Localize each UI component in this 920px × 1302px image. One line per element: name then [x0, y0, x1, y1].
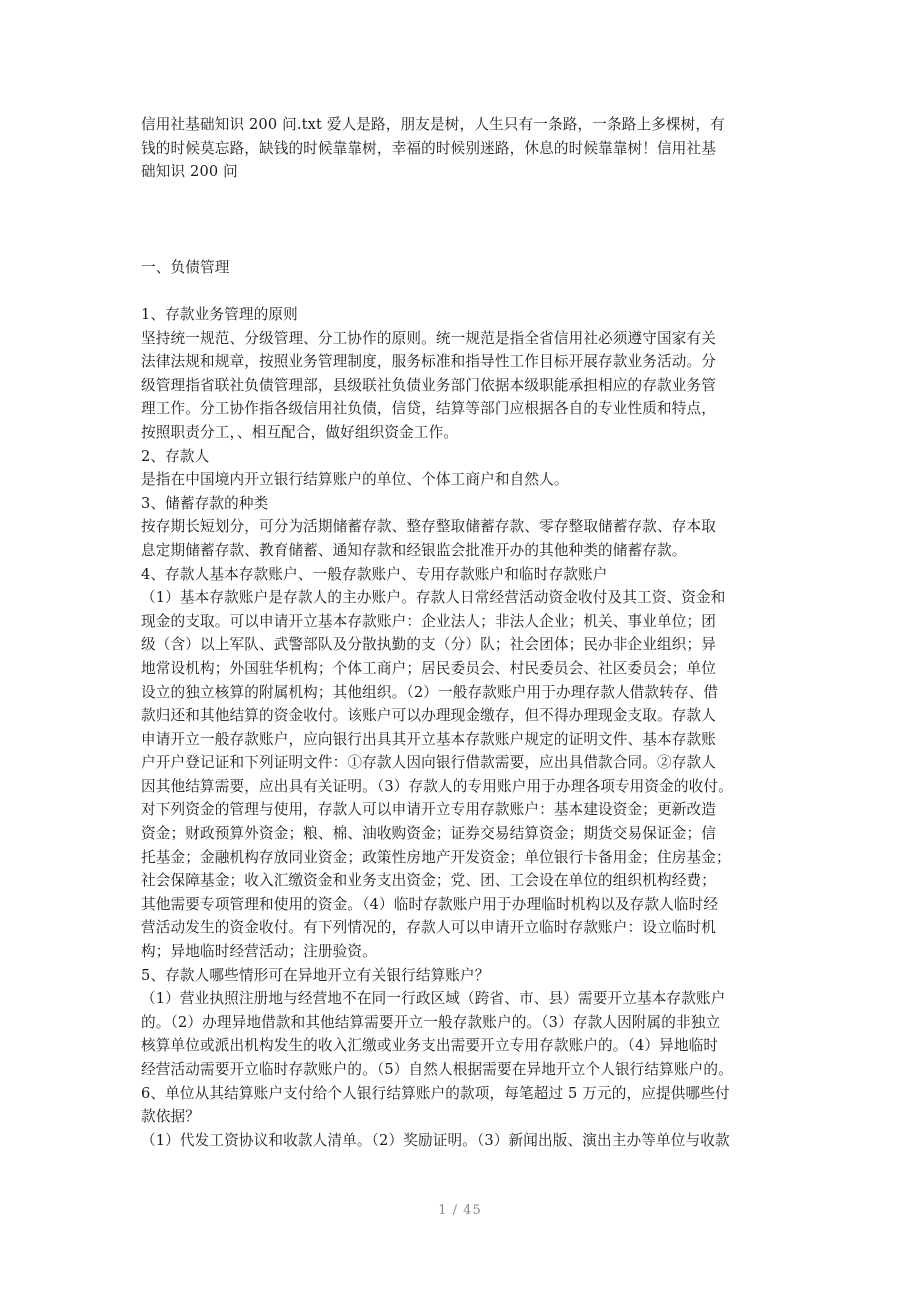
document-body: 1、存款业务管理的原则 坚持统一规范、分级管理、分工协作的原则。统一规范是指全省… [141, 303, 791, 1152]
question-heading: 3、储蓄存款的种类 [141, 492, 791, 516]
page-number: 1 / 45 [0, 1203, 920, 1218]
question-heading: 2、存款人 [141, 445, 791, 469]
question-heading: 4、存款人基本存款账户、一般存款账户、专用存款账户和临时存款账户 [141, 563, 791, 587]
body-line: 按存期长短划分，可分为活期储蓄存款、整存整取储蓄存款、零存整取储蓄存款、存本取 [141, 515, 791, 539]
question-heading: 1、存款业务管理的原则 [141, 303, 791, 327]
body-line: 资金；财政预算外资金；粮、棉、油收购资金；证券交易结算资金；期货交易保证金；信 [141, 822, 791, 846]
body-line: （1）代发工资协议和收款人清单。（2）奖励证明。（3）新闻出版、演出主办等单位与… [141, 1129, 791, 1153]
body-line: 现金的支取。可以申请开立基本存款账户：企业法人；非法人企业；机关、事业单位；团 [141, 610, 791, 634]
body-line: 息定期储蓄存款、教育储蓄、通知存款和经银监会批准开办的其他种类的储蓄存款。 [141, 539, 791, 563]
body-line: 法律法规和规章，按照业务管理制度，服务标准和指导性工作目标开展存款业务活动。分 [141, 350, 791, 374]
question-heading: 6、单位从其结算账户支付给个人银行结算账户的款项，每笔超过 5 万元的，应提供哪… [141, 1082, 791, 1106]
document-page: 信用社基础知识 200 问.txt 爱人是路，朋友是树，人生只有一条路，一条路上… [0, 0, 920, 1302]
body-line: （1）基本存款账户是存款人的主办账户。存款人日常经营活动资金收付及其工资、资金和 [141, 586, 791, 610]
body-line: 是指在中国境内开立银行结算账户的单位、个体工商户和自然人。 [141, 468, 791, 492]
body-line: 级（含）以上军队、武警部队及分散执勤的支（分）队；社会团体；民办非企业组织；异 [141, 633, 791, 657]
body-line: 理工作。分工协作指各级信用社负债，信贷，结算等部门应根据各自的专业性质和特点， [141, 397, 791, 421]
body-line: 级管理指省联社负债管理部，县级联社负债业务部门依据本级职能承担相应的存款业务管 [141, 374, 791, 398]
body-line: 营活动发生的资金收付。有下列情况的，存款人可以申请开立临时存款账户：设立临时机 [141, 916, 791, 940]
body-line: 款归还和其他结算的资金收付。该账户可以办理现金缴存，但不得办理现金支取。存款人 [141, 704, 791, 728]
section-title: 一、负债管理 [141, 256, 791, 280]
question-heading: 款依据？ [141, 1105, 791, 1129]
body-line: 按照职责分工，、相互配合，做好组织资金工作。 [141, 421, 791, 445]
intro-line: 础知识 200 问 [141, 160, 791, 184]
body-line: 地常设机构；外国驻华机构；个体工商户；居民委员会、村民委员会、社区委员会；单位 [141, 657, 791, 681]
body-line: 的。（2）办理异地借款和其他结算需要开立一般存款账户的。（3）存款人因附属的非独… [141, 1011, 791, 1035]
body-line: 对下列资金的管理与使用，存款人可以申请开立专用存款账户：基本建设资金；更新改造 [141, 798, 791, 822]
intro-line: 钱的时候莫忘路，缺钱的时候靠靠树，幸福的时候别迷路，休息的时候靠靠树！信用社基 [141, 137, 791, 161]
body-line: 坚持统一规范、分级管理、分工协作的原则。统一规范是指全省信用社必须遵守国家有关 [141, 327, 791, 351]
body-line: 托基金；金融机构存放同业资金；政策性房地产开发资金；单位银行卡备用金；住房基金； [141, 846, 791, 870]
body-line: 户开户登记证和下列证明文件：①存款人因向银行借款需要，应出具借款合同。②存款人 [141, 751, 791, 775]
intro-line: 信用社基础知识 200 问.txt 爱人是路，朋友是树，人生只有一条路，一条路上… [141, 113, 791, 137]
body-line: （1）营业执照注册地与经营地不在同一行政区域（跨省、市、县）需要开立基本存款账户 [141, 987, 791, 1011]
body-line: 因其他结算需要，应出具有关证明。（3）存款人的专用账户用于办理各项专用资金的收付… [141, 775, 791, 799]
body-line: 经营活动需要开立临时存款账户的。（5）自然人根据需要在异地开立个人银行结算账户的… [141, 1058, 791, 1082]
body-line: 构；异地临时经营活动；注册验资。 [141, 940, 791, 964]
body-line: 社会保障基金；收入汇缴资金和业务支出资金；党、团、工会设在单位的组织机构经费； [141, 869, 791, 893]
question-heading: 5、存款人哪些情形可在异地开立有关银行结算账户？ [141, 964, 791, 988]
body-line: 其他需要专项管理和使用的资金。（4）临时存款账户用于办理临时机构以及存款人临时经 [141, 893, 791, 917]
body-line: 申请开立一般存款账户，应向银行出具其开立基本存款账户规定的证明文件、基本存款账 [141, 728, 791, 752]
section-heading: 一、负债管理 [141, 256, 791, 280]
intro-paragraph: 信用社基础知识 200 问.txt 爱人是路，朋友是树，人生只有一条路，一条路上… [141, 113, 791, 184]
body-line: 设立的独立核算的附属机构；其他组织。（2）一般存款账户用于办理存款人借款转存、借 [141, 681, 791, 705]
body-line: 核算单位或派出机构发生的收入汇缴或业务支出需要开立专用存款账户的。（4）异地临时 [141, 1034, 791, 1058]
